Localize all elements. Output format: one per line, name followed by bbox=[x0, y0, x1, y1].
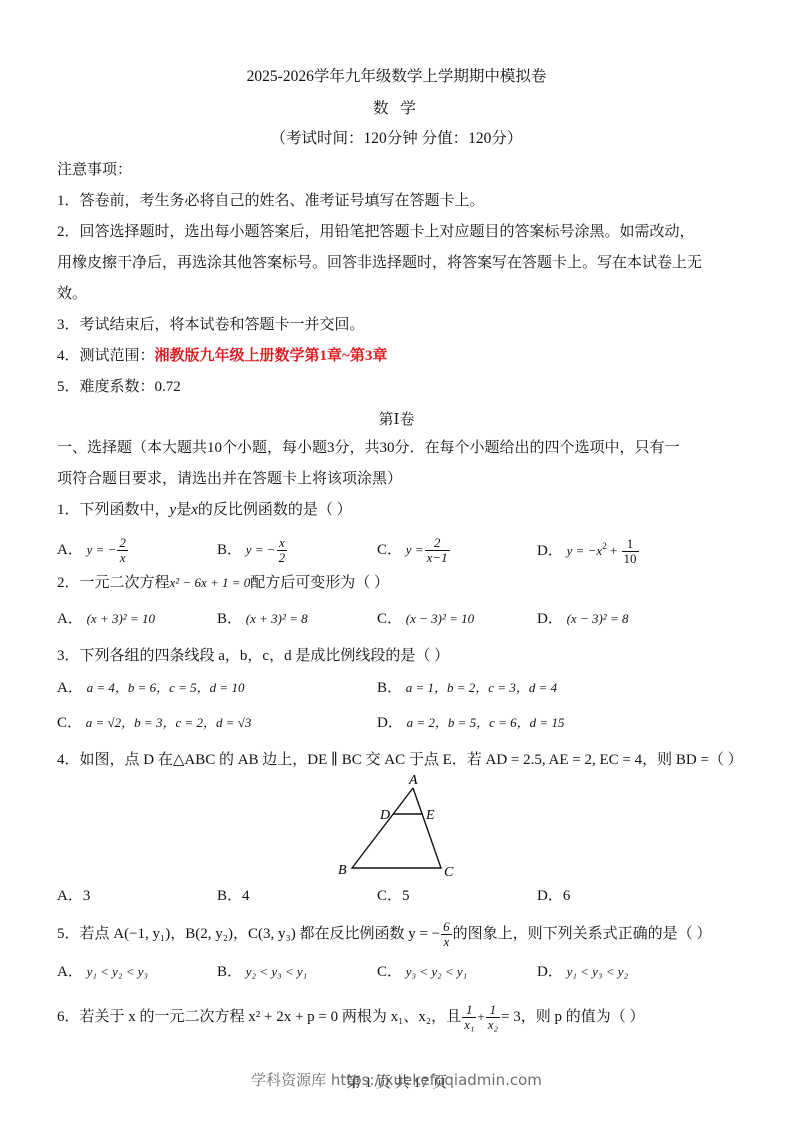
question-3-stem: 3．下列各组的四条线段 a，b，c，d 是成比例线段的是（ ） bbox=[57, 646, 449, 666]
watermark: 学科资源库 https://xuekefuqiadmin.com bbox=[0, 1069, 793, 1090]
option-value: 6 bbox=[563, 888, 571, 904]
option-label: C． bbox=[377, 964, 402, 980]
option-label: D． bbox=[537, 964, 563, 980]
q6-text: 6．若关于 x 的一元二次方程 x² + 2x + p = 0 两根为 x₁、x… bbox=[57, 1009, 461, 1025]
numerator: x bbox=[277, 536, 288, 551]
option-label: C． bbox=[377, 888, 402, 904]
fraction: 110 bbox=[622, 537, 639, 566]
option-value: 3 bbox=[83, 888, 91, 904]
denominator: x bbox=[441, 935, 452, 949]
q5-text-post: 的图象上，则下列关系式正确的是（ ） bbox=[453, 926, 712, 942]
denominator: x₁ bbox=[462, 1018, 476, 1032]
note-item-3: 3．考试结束后，将本试卷和答题卡一并交回。 bbox=[57, 315, 365, 335]
section-intro-2: 项符合题目要求，请选出并在答题卡上将该项涂黑） bbox=[57, 469, 402, 489]
scope-value: 湘教版九年级上册数学第1章~第3章 bbox=[155, 348, 388, 364]
q2-text: 2．一元二次方程 bbox=[57, 575, 170, 591]
option-label: B． bbox=[217, 611, 242, 627]
option-label: B． bbox=[217, 542, 242, 558]
numerator: 6 bbox=[441, 920, 452, 935]
q2-text-post: 配方后可变形为（ ） bbox=[250, 575, 389, 591]
exam-info: （考试时间：120分钟 分值：120分） bbox=[0, 126, 793, 148]
subject-title: 数 学 bbox=[0, 96, 793, 118]
q1-text: 1．下列函数中， bbox=[57, 502, 170, 518]
note-item-5: 5．难度系数：0.72 bbox=[57, 377, 181, 397]
note-item-2-cont: 用橡皮擦干净后，再选涂其他答案标号。回答非选择题时，将答案写在答题卡上。写在本试… bbox=[57, 253, 702, 273]
denominator: x bbox=[117, 551, 128, 565]
option-expr: y₂ < y₃ < y₁ bbox=[246, 964, 307, 979]
q5-option-c[interactable]: C． y₃ < y₂ < y₁ bbox=[377, 962, 467, 982]
denominator: x₂ bbox=[486, 1018, 500, 1032]
option-label: D． bbox=[537, 888, 563, 904]
option-label: B． bbox=[217, 888, 242, 904]
option-lhs: y = −x bbox=[567, 543, 603, 558]
q3-option-b[interactable]: B． a = 1，b = 2，c = 3，d = 4 bbox=[377, 678, 557, 698]
note-item-1: 1．答卷前，考生务必将自己的姓名、准考证号填写在答题卡上。 bbox=[57, 191, 485, 211]
question-1-stem: 1．下列函数中，y是x的反比例函数的是（ ） bbox=[57, 500, 352, 520]
option-expr: y₁ < y₂ < y₃ bbox=[87, 964, 148, 979]
q2-option-a[interactable]: A． (x + 3)² = 10 bbox=[57, 609, 155, 629]
section-intro-1: 一、选择题（本大题共10个小题，每小题3分，共30分．在每个小题给出的四个选项中… bbox=[57, 438, 680, 458]
option-label: A． bbox=[57, 680, 83, 696]
option-expr: a = 1，b = 2，c = 3，d = 4 bbox=[406, 680, 557, 695]
plus-sign: + bbox=[477, 1009, 484, 1024]
q3-option-d[interactable]: D． a = 2，b = 5，c = 6，d = 15 bbox=[377, 713, 564, 733]
vertex-c-label: C bbox=[444, 865, 454, 880]
option-label: A． bbox=[57, 611, 83, 627]
vertex-d-label: D bbox=[379, 808, 390, 823]
scope-label: 4．测试范围： bbox=[57, 348, 155, 364]
option-lhs: y = − bbox=[87, 542, 117, 557]
numerator: 1 bbox=[486, 1003, 500, 1018]
q5-text: 5．若点 A(−1, y₁)，B(2, y₂)，C(3, y₃) 都在反比例函数… bbox=[57, 926, 440, 942]
question-2-stem: 2．一元二次方程x² − 6x + 1 = 0配方后可变形为（ ） bbox=[57, 573, 389, 593]
option-label: C． bbox=[377, 611, 402, 627]
option-expr: y₃ < y₂ < y₁ bbox=[406, 964, 467, 979]
option-expr: (x + 3)² = 10 bbox=[87, 611, 155, 626]
option-value: 4 bbox=[242, 888, 250, 904]
q2-option-b[interactable]: B． (x + 3)² = 8 bbox=[217, 609, 308, 629]
q1-option-b[interactable]: B． y = −x2 bbox=[217, 536, 288, 565]
numerator: 2 bbox=[117, 536, 128, 551]
question-4-stem: 4．如图，点 D 在△ABC 的 AB 边上，DE ∥ BC 交 AC 于点 E… bbox=[57, 750, 743, 770]
option-expr: a = √2，b = 3，c = 2，d = √3 bbox=[86, 715, 252, 730]
denominator: x−1 bbox=[425, 551, 450, 565]
option-label: A． bbox=[57, 542, 83, 558]
fraction: 2x bbox=[117, 536, 128, 565]
q5-option-a[interactable]: A． y₁ < y₂ < y₃ bbox=[57, 962, 148, 982]
option-label: C． bbox=[57, 715, 82, 731]
vertex-e-label: E bbox=[425, 808, 435, 823]
option-label: C． bbox=[377, 542, 402, 558]
option-expr: (x − 3)² = 8 bbox=[567, 611, 629, 626]
q3-option-c[interactable]: C． a = √2，b = 3，c = 2，d = √3 bbox=[57, 713, 251, 733]
option-expr: y₁ < y₃ < y₂ bbox=[567, 964, 628, 979]
fraction-2: 1x₂ bbox=[486, 1003, 500, 1032]
volume-title: 第Ⅰ卷 bbox=[0, 408, 793, 429]
fraction-1: 1x₁ bbox=[462, 1003, 476, 1032]
q1-option-c[interactable]: C． y =2x−1 bbox=[377, 536, 451, 565]
option-label: B． bbox=[377, 680, 402, 696]
option-label: D． bbox=[377, 715, 403, 731]
q1-option-a[interactable]: A． y = −2x bbox=[57, 536, 129, 565]
q1-var-x: x bbox=[191, 502, 198, 518]
q4-option-c[interactable]: C．5 bbox=[377, 886, 410, 906]
numerator: 1 bbox=[462, 1003, 476, 1018]
question-6-stem: 6．若关于 x 的一元二次方程 x² + 2x + p = 0 两根为 x₁、x… bbox=[57, 1003, 645, 1032]
plus-sign: + bbox=[607, 543, 621, 558]
q2-option-c[interactable]: C． (x − 3)² = 10 bbox=[377, 609, 474, 629]
option-expr: a = 4，b = 6，c = 5，d = 10 bbox=[87, 680, 245, 695]
triangle-figure: A D E B C bbox=[320, 770, 470, 880]
q4-option-a[interactable]: A．3 bbox=[57, 886, 90, 906]
denominator: 2 bbox=[277, 551, 288, 565]
note-item-2-end: 效。 bbox=[57, 284, 87, 304]
q3-option-a[interactable]: A． a = 4，b = 6，c = 5，d = 10 bbox=[57, 678, 244, 698]
exam-title: 2025-2026学年九年级数学上学期期中模拟卷 bbox=[0, 64, 793, 86]
vertex-a-label: A bbox=[408, 773, 418, 788]
note-item-4: 4．测试范围：湘教版九年级上册数学第1章~第3章 bbox=[57, 346, 387, 366]
option-expr: a = 2，b = 5，c = 6，d = 15 bbox=[407, 715, 565, 730]
note-item-2: 2．回答选择题时，选出每小题答案后，用铅笔把答题卡上对应题目的答案标号涂黑。如需… bbox=[57, 222, 695, 242]
option-lhs: y = − bbox=[246, 542, 276, 557]
vertex-b-label: B bbox=[338, 863, 347, 878]
option-label: D． bbox=[537, 611, 563, 627]
q4-option-d[interactable]: D．6 bbox=[537, 886, 570, 906]
notes-heading: 注意事项： bbox=[57, 160, 132, 180]
q2-option-d[interactable]: D． (x − 3)² = 8 bbox=[537, 609, 628, 629]
q1-text-mid: 是 bbox=[176, 502, 191, 518]
q6-text-post: = 3，则 p 的值为（ ） bbox=[501, 1009, 644, 1025]
q4-option-b[interactable]: B．4 bbox=[217, 886, 250, 906]
q1-option-d[interactable]: D． y = −x2 + 110 bbox=[537, 536, 640, 566]
option-expr: (x + 3)² = 8 bbox=[246, 611, 308, 626]
denominator: 10 bbox=[622, 552, 639, 566]
q1-text-post: 的反比例函数的是（ ） bbox=[198, 502, 352, 518]
fraction: 2x−1 bbox=[425, 536, 450, 565]
option-label: A． bbox=[57, 888, 83, 904]
q2-equation: x² − 6x + 1 = 0 bbox=[170, 575, 251, 590]
fraction: 6x bbox=[441, 920, 452, 949]
numerator: 1 bbox=[622, 537, 639, 552]
q5-option-d[interactable]: D． y₁ < y₃ < y₂ bbox=[537, 962, 628, 982]
q5-option-b[interactable]: B． y₂ < y₃ < y₁ bbox=[217, 962, 307, 982]
option-lhs: y = bbox=[406, 542, 424, 557]
fraction: x2 bbox=[277, 536, 288, 565]
option-label: B． bbox=[217, 964, 242, 980]
option-label: D． bbox=[537, 543, 563, 559]
question-5-stem: 5．若点 A(−1, y₁)，B(2, y₂)，C(3, y₃) 都在反比例函数… bbox=[57, 920, 711, 949]
option-value: 5 bbox=[402, 888, 410, 904]
numerator: 2 bbox=[425, 536, 450, 551]
option-label: A． bbox=[57, 964, 83, 980]
option-expr: (x − 3)² = 10 bbox=[406, 611, 474, 626]
